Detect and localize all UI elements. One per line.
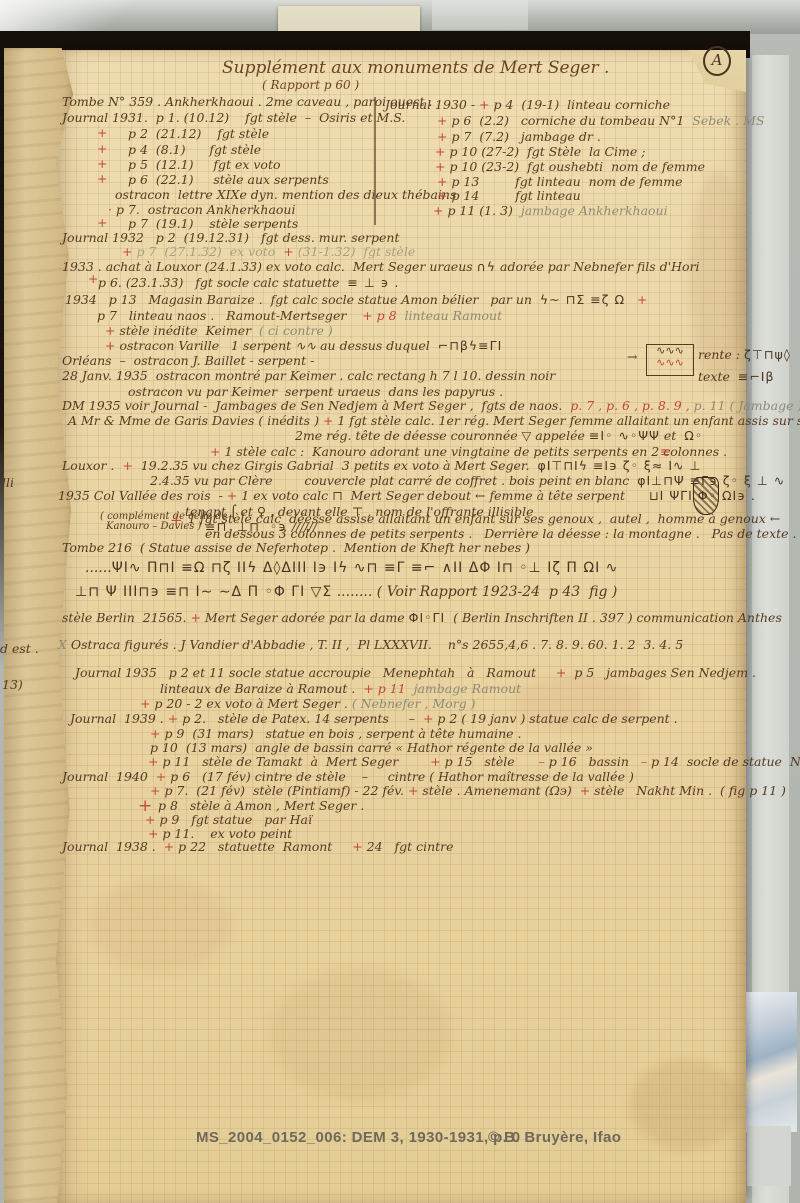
text-run: stèle . Amenemant (Ω϶) (422, 783, 579, 798)
manuscript-line: + (170, 512, 183, 529)
text-run: 1 stèle calc : Kanouro adorant une vingt… (224, 444, 727, 459)
text-run: – (539, 754, 549, 769)
manuscript-line: 1933 . achat à Louxor (24.1.33) ex voto … (62, 260, 699, 274)
text-run: + (105, 323, 119, 338)
text-run: ostracon vu par Keimer serpent uraeus da… (128, 384, 503, 399)
text-run: + (479, 97, 493, 112)
text-run: + (437, 113, 451, 128)
manuscript-line: p 4 (8.1) fgt stèle (128, 143, 261, 157)
manuscript-line: 2me rég. tête de déesse couronnée ▽ appe… (295, 429, 703, 443)
text-run: lli (2, 475, 14, 490)
manuscript-line: Tombe N° 359 . Ankherkhaoui . 2me caveau… (62, 95, 433, 109)
hieroglyph-run: ⊥⊓ Ψ ΙΙΙ⊓϶ ≡⊓ Ι∼ ∼Δ Π ◦Φ ΓΙ ▽Σ (75, 584, 332, 600)
manuscript-line: p 2 (21.12) fgt stèle (128, 127, 269, 141)
manuscript-line: + p 7 (7.2) jambage dr . (437, 130, 601, 144)
text-run: p 11 stèle de Tamakt à Mert Seger (162, 754, 430, 769)
text-run: 19.2.35 vu chez Girgis Gabrial 3 petits … (133, 458, 538, 473)
text-run: p 2 ( 19 janv ) statue calc de serpent . (437, 711, 677, 726)
text-run: p 7 (27.1.32) ex voto (132, 244, 283, 259)
text-run: + (97, 171, 107, 186)
text-run: linteau Ramout (405, 308, 503, 323)
hieroglyph-run: ζ⊤⊓ψ◊ (744, 347, 791, 362)
text-run: texte (698, 369, 738, 384)
text-run: + (122, 458, 132, 473)
text-run: p 7. (21 fév) stèle (Pintiamf) - 22 fév. (164, 783, 407, 798)
manuscript-line: A Mr & Mme de Garis Davies ( inédits ) +… (68, 414, 800, 428)
scanned-notebook-page: A Supplément aux monuments de Mert Seger… (0, 0, 800, 1203)
text-run: Orléans – ostracon J. Baillet - serpent … (62, 353, 314, 368)
manuscript-line: Journal 1938 . + p 22 statuette Ramont +… (62, 840, 454, 854)
text-run: + (150, 726, 164, 741)
text-run: + (580, 783, 594, 798)
text-run: en dessous 3 colonnes de petits serpents… (205, 526, 797, 541)
sketch-waves-red: ∿∿∿ (647, 357, 693, 369)
text-run: ...... (85, 560, 112, 576)
text-run: Journal 1938 . (62, 839, 164, 854)
text-run: – (641, 754, 651, 769)
text-run: Journal 1939 . (70, 711, 168, 726)
text-run: p 5 jambages Sen Nedjem . (566, 665, 756, 680)
hieroglyph-run: ϟ∼ ⊓Σ ≡ζ Ω (540, 292, 625, 307)
manuscript-line: texte ≡⌐Ιβ (698, 370, 774, 384)
foil-tape (745, 992, 797, 1132)
manuscript-line: Journal 1935 p 2 et 11 socle statue accr… (75, 666, 756, 680)
manuscript-line: + p 20 - 2 ex voto à Mert Seger . ( Nebn… (140, 697, 476, 711)
text-run: + (88, 271, 98, 286)
manuscript-line: + p 6 (2.2) corniche du tombeau N°1 Sebe… (437, 114, 764, 128)
text-run: + p 11 (363, 681, 413, 696)
text-run: Tombe N° 359 . Ankherkhaoui . 2me caveau… (62, 94, 433, 109)
manuscript-line: DM 1935 voir Journal - Jambages de Sen N… (62, 399, 800, 413)
manuscript-line: 13) (2, 678, 23, 692)
text-run: p 20 - 2 ex voto à Mert Seger . (154, 696, 351, 711)
text-run: d est . (0, 641, 39, 656)
page-stain (630, 1060, 740, 1150)
text-run: p 14 fgt linteau (451, 188, 580, 203)
manuscript-line: 1934 p 13 Magasin Baraize . fgt calc soc… (65, 293, 647, 307)
page-stain (90, 880, 230, 970)
text-run: p 7 (7.2) jambage dr . (451, 129, 600, 144)
text-run: + (190, 610, 200, 625)
manuscript-line: + p 11 stèle de Tamakt à Mert Seger + p … (148, 755, 800, 769)
manuscript-line: + (88, 272, 98, 286)
manuscript-line: ⊥⊓ Ψ ΙΙΙ⊓϶ ≡⊓ Ι∼ ∼Δ Π ◦Φ ΓΙ ▽Σ ........ … (75, 584, 617, 600)
manuscript-line: 2.4.35 vu par Clère couvercle plat carré… (150, 474, 785, 488)
manuscript-line: + (97, 126, 107, 140)
hieroglyph-run: ∩ϟ (477, 259, 496, 274)
text-run: p 9 fgt statue par Haï (159, 812, 312, 827)
manuscript-line: + (97, 157, 107, 171)
text-run: p 7 linteau naos . Ramout-Mertseger (97, 308, 362, 323)
text-run: p. 11 ( Jambage ) (690, 398, 800, 413)
text-run: Mert Seger adorée par la dame (201, 610, 409, 625)
text-run: 1 fgt stèle calc. 1er rég. Mert Seger fe… (337, 413, 800, 428)
text-run: p. 7 , p. 6 , p. 8. 9 , (570, 398, 689, 413)
manuscript-line: Journal 1939 . + p 2. stèle de Patex. 14… (70, 712, 678, 726)
archive-caption-credit: © B. Bruyère, Ifao (488, 1129, 621, 1146)
text-run: + (556, 665, 566, 680)
text-run: Ostraca figurés . J Vandier d'Abbadie , … (71, 637, 683, 652)
text-run: ostracon Varille 1 serpent ∿∿ au dessus … (119, 338, 437, 353)
manuscript-line: + p 11 (1. 3) jambage Ankherkhaoui (433, 204, 668, 218)
archive-caption-id: MS_2004_0152_006: DEM 3, 1930-1931, p. 0 (196, 1129, 521, 1146)
text-run: + (435, 144, 449, 159)
paper-tab-2 (432, 0, 528, 30)
text-run: p 9 (31 mars) statue en bois , serpent à… (164, 726, 521, 741)
manuscript-line: p 6. (23.1.33) fgt socle calc statuette … (98, 276, 399, 290)
text-run: → (627, 349, 637, 364)
manuscript-line: + stèle inédite Keimer ( ci contre ) (105, 324, 333, 338)
text-run: p 2. stèle de Patex. 14 serpents – (182, 711, 423, 726)
text-run: 24 fgt cintre (367, 839, 454, 854)
text-run: p 6 (17 fév) cintre de stèle – cintre ( … (170, 769, 634, 784)
manuscript-line: 1 fgt stèle calc déesse assise allaitant… (188, 512, 780, 526)
text-run: Tombe 216 ( Statue assise de Neferhotep … (62, 540, 530, 555)
manuscript-line: + p 14 fgt linteau (437, 189, 581, 203)
hieroglyph-run: ⊔Ι ΨΓΙ Φ◦ ΩΙ϶ . (649, 488, 756, 503)
manuscript-line: lli (2, 476, 14, 490)
text-run: p 7 (19.1) stèle serpents (128, 216, 298, 231)
text-run: X (58, 637, 71, 652)
text-run: p 4 (19-1) linteau corniche (493, 97, 670, 112)
text-run: et (660, 428, 684, 443)
text-run: + (408, 783, 422, 798)
text-run: Journal 1930 - (385, 97, 479, 112)
text-run: p 6 (22.1) stèle aux serpents (128, 172, 329, 187)
text-run: Louxor . (62, 458, 122, 473)
foil-tape-lower (747, 1126, 791, 1186)
text-run: + (437, 188, 451, 203)
text-run: + (423, 711, 437, 726)
manuscript-line: + p 10 (27-2) fgt Stèle la Cime ; (435, 145, 645, 159)
text-run: 1935 (58, 488, 94, 503)
text-run: p 6. (23.1.33) fgt socle calc statuette (98, 275, 347, 290)
text-run: ........ ( Voir Rapport 1923-24 p 43 fig… (332, 584, 617, 600)
text-run: + (140, 696, 154, 711)
text-run: DM 1935 voir Journal - Jambages de Sen N… (62, 398, 570, 413)
text-run: 1933 . achat à Louxor (24.1.33) ex voto … (62, 259, 477, 274)
text-run: + (164, 839, 178, 854)
text-run: stèle Nakht Min . ( fig p 11 ) (594, 783, 786, 798)
text-run: p 16 bassin (549, 754, 641, 769)
text-run: + (435, 159, 449, 174)
text-run: p 22 statuette Ramont (178, 839, 352, 854)
text-run: p 8 stèle à Amon , Mert Seger . (158, 798, 364, 813)
text-run: + (122, 244, 132, 259)
manuscript-line: Journal 1931. p 1. (10.12) fgt stèle – O… (62, 111, 405, 125)
hieroglyph-run: ≡Ι◦ ∿◦ΨΨ (589, 428, 660, 443)
hieroglyph-run: ≡⌐Ιβ (738, 369, 775, 384)
text-run: stèle Berlin 21565. (62, 610, 190, 625)
text-run: p 10 (23-2) fgt oushebti nom de femme (449, 159, 705, 174)
text-run: + (97, 156, 107, 171)
hieroglyph-run: ΨΙ∿ Π⊓Ι ≡Ω ⊓ζ ΙΙϟ Δ◊ΔΙΙΙ Ι϶ Ιϟ ∿⊓ ≡Γ ≡⌐ … (112, 560, 619, 576)
text-run: linteaux de Baraize à Ramout . (160, 681, 363, 696)
hieroglyph-run: ⌐⊓βϟ≡ΓΙ (438, 338, 503, 353)
corner-letter-mark: A (703, 46, 731, 76)
text-run: 2me rég. tête de déesse couronnée ▽ appe… (295, 428, 589, 443)
text-run: Sebek . MS (692, 113, 764, 128)
text-run: + (625, 292, 647, 307)
manuscript-line: 1935 Col Vallée des rois - + 1 ex voto c… (58, 489, 756, 503)
text-run: 2.4.35 vu par Clère couvercle plat carré… (150, 473, 637, 488)
text-run: p 13 fgt linteau nom de femme (451, 174, 682, 189)
text-run: ostracon montré par Keimer . calc rectan… (156, 368, 556, 383)
text-run: p 15 stèle (445, 754, 539, 769)
manuscript-line: Tombe 216 ( Statue assise de Neferhotep … (62, 541, 530, 555)
text-run: Journal 1940 (62, 769, 156, 784)
text-run: + (145, 812, 159, 827)
hieroglyph-run: ≡ ⊥ ϶ . (347, 275, 399, 290)
text-run: + (170, 511, 183, 529)
manuscript-line: + p 7 (27.1.32) ex voto + (31-1.32) fgt … (122, 245, 415, 259)
text-run: adorée par Nebnefer fils d'Hori (496, 259, 699, 274)
text-run: + p 8 (362, 308, 404, 323)
text-run: stèle inédite Keimer (119, 323, 259, 338)
text-run: + (97, 125, 107, 140)
manuscript-line: 28 Janv. 1935 ostracon montré par Keimer… (62, 369, 555, 383)
text-run: + (437, 174, 451, 189)
text-run: + (283, 244, 293, 259)
text-run: p 4 (8.1) fgt stèle (128, 142, 261, 157)
manuscript-line: ostracon lettre XIXe dyn. mention des di… (115, 188, 456, 202)
text-run: + (97, 215, 107, 230)
text-run: ( Nebnefer , Morg ) (352, 696, 476, 711)
text-run: 1 fgt stèle calc déesse assise allaitant… (188, 511, 780, 526)
text-run: p 6 (2.2) corniche du tombeau N°1 (451, 113, 692, 128)
text-run: Journal 1931. p 1. (10.12) fgt stèle – O… (62, 110, 405, 125)
text-run: + (148, 754, 162, 769)
text-run: + (227, 488, 237, 503)
hieroglyph-run: Ω◦ (684, 428, 703, 443)
hieroglyph-run: φΙ⊥⊓Ψ ≡Γ϶ ζ◦ ξ ⊥ ∿ (637, 473, 785, 488)
text-run: + (430, 754, 444, 769)
manuscript-line: + p 10 (23-2) fgt oushebti nom de femme (435, 160, 705, 174)
text-run: p 7. ostracon Ankherkhaoui (112, 202, 296, 217)
manuscript-line: rente : ζ⊤⊓ψ◊ (698, 348, 791, 362)
text-run: 1 ex voto calc ⊓ Mert Seger debout ← fem… (237, 488, 649, 503)
text-run: p 5 (12.1) fgt ex voto (128, 157, 281, 172)
manuscript-line: p 6 (22.1) stèle aux serpents (128, 173, 329, 187)
text-run: jambage Ankherkhaoui (521, 203, 668, 218)
text-run: 1934 p 13 Magasin Baraize . fgt calc soc… (65, 292, 540, 307)
manuscript-line: p 5 (12.1) fgt ex voto (128, 158, 281, 172)
manuscript-line: d est . (0, 642, 39, 656)
text-run: p 10 (13 mars) angle de bassin carré « H… (150, 740, 593, 755)
manuscript-line: → (627, 350, 637, 364)
manuscript-line: + (97, 142, 107, 156)
text-run: + (437, 129, 451, 144)
manuscript-line: + ostracon Varille 1 serpent ∿∿ au dessu… (105, 339, 502, 353)
text-run: Col Vallée des rois - (94, 488, 227, 503)
manuscript-line: + (97, 216, 107, 230)
page-stain (270, 970, 450, 1100)
text-run: p 11 (1. 3) (447, 203, 520, 218)
text-run: ostracon lettre XIXe dyn. mention des di… (115, 187, 456, 202)
manuscript-line: Orléans – ostracon J. Baillet - serpent … (62, 354, 314, 368)
text-run: (31-1.32) fgt stèle (294, 244, 416, 259)
text-run: + (319, 413, 337, 428)
manuscript-line: Louxor . + 19.2.35 vu chez Girgis Gabria… (62, 459, 701, 473)
hieroglyph-run: ΦΙ◦ΓΙ (409, 610, 446, 625)
manuscript-line: stèle Berlin 21565. + Mert Seger adorée … (62, 611, 782, 625)
text-run: Journal 1935 p 2 et 11 socle statue accr… (75, 665, 556, 680)
manuscript-line: p 7 linteau naos . Ramout-Mertseger + p … (97, 309, 502, 323)
text-run: ≡ (660, 444, 670, 459)
text-run: 28 Janv. 1935 (62, 368, 156, 383)
text-run: Journal 1932 p 2 (19.12.31) fgt dess. mu… (62, 230, 400, 245)
text-run: p 2 (21.12) fgt stèle (128, 126, 269, 141)
text-run: jambage Ramout (414, 681, 522, 696)
text-run: + (105, 338, 119, 353)
text-run: + (156, 769, 170, 784)
text-run: p 14 socle de statue N° 12 (651, 754, 800, 769)
manuscript-line: Journal 1930 - + p 4 (19-1) linteau corn… (385, 98, 670, 112)
text-run: + (433, 203, 447, 218)
text-run: ( Berlin Inschriften II . 397 ) communic… (445, 610, 782, 625)
text-run: 13) (2, 677, 23, 692)
manuscript-line: linteaux de Baraize à Ramout . + p 11 ja… (160, 682, 521, 696)
text-run: A Mr & Mme de Garis Davies ( inédits ) (68, 413, 319, 428)
page-subtitle: ( Rapport p 60 ) (262, 78, 359, 92)
page-title: Supplément aux monuments de Mert Seger . (222, 58, 609, 78)
manuscript-line: X Ostraca figurés . J Vandier d'Abbadie … (58, 638, 683, 652)
text-run: + (352, 839, 366, 854)
text-run: p 10 (27-2) fgt Stèle la Cime ; (449, 144, 645, 159)
ostracon-sketch: ∿∿∿ ∿∿∿ (646, 344, 694, 376)
manuscript-line: + (97, 172, 107, 186)
hieroglyph-run: φΙ⊤⊓Ιϟ ≡Ι϶ ζ◦ ξ≈ Ι∿ ⊥ (537, 458, 701, 473)
manuscript-line: + p 7. (21 fév) stèle (Pintiamf) - 22 fé… (150, 784, 786, 798)
text-run: + (210, 444, 224, 459)
text-run: + (168, 711, 182, 726)
text-run: rente : (698, 347, 744, 362)
manuscript-line: ......ΨΙ∿ Π⊓Ι ≡Ω ⊓ζ ΙΙϟ Δ◊ΔΙΙΙ Ι϶ Ιϟ ∿⊓ … (85, 560, 618, 576)
text-run: + (97, 141, 107, 156)
text-run: ( ci contre ) (259, 323, 333, 338)
